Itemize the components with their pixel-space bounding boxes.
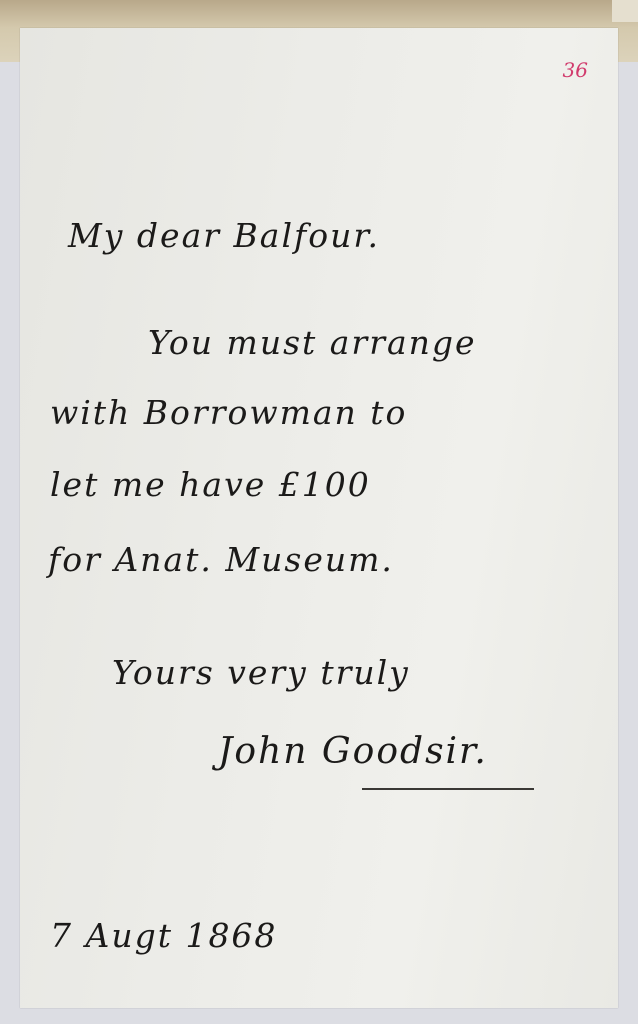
body-line: with Borrowman to	[50, 393, 407, 432]
folio-number: 36	[563, 58, 588, 82]
letter-sheet: 36 My dear Balfour. You must arrange wit…	[20, 28, 618, 1008]
backing-board-fold	[612, 0, 638, 22]
salutation: My dear Balfour.	[68, 216, 380, 255]
closing: Yours very truly	[112, 653, 410, 692]
signature: John Goodsir.	[218, 731, 488, 772]
signature-underline	[362, 788, 534, 790]
body-line: let me have £100	[50, 465, 371, 504]
body-line: You must arrange	[148, 323, 477, 362]
letter-date: 7 Augt 1868	[50, 916, 277, 955]
body-line: for Anat. Museum.	[48, 540, 394, 579]
